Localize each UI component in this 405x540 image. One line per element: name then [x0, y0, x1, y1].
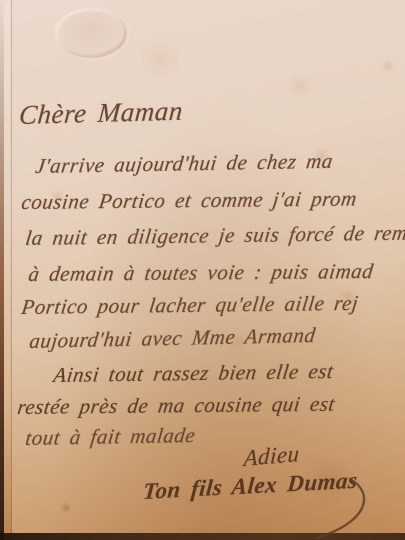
- letter-body-line: la nuit en diligence je suis forcé de re…: [24, 221, 405, 251]
- letter-body-line: cousine Portico et comme j'ai prom: [20, 186, 358, 215]
- left-book-edge: [0, 0, 4, 540]
- page-fore-edge: [3, 0, 12, 540]
- letter-body-line: J'arrive aujourd'hui de chez ma: [34, 149, 335, 179]
- letter-salutation: Chère Maman: [18, 96, 184, 131]
- letter-photograph: Chère Maman J'arrive aujourd'hui de chez…: [0, 0, 405, 540]
- letter-body-line: Portico pour lacher qu'elle aille rej: [20, 291, 360, 320]
- letter-body-line: tout à fait malade: [24, 423, 197, 451]
- letter-closing: Adieu: [243, 441, 300, 472]
- letter-body-line: Ainsi tout rassez bien elle est: [52, 359, 335, 388]
- letter-body-line: à demain à toutes voie : puis aimad: [27, 259, 375, 287]
- signature-flourish-icon: [300, 476, 384, 540]
- letter-body-line: restée près de ma cousine qui est: [16, 392, 337, 420]
- blind-embossed-stamp-icon: [55, 8, 127, 58]
